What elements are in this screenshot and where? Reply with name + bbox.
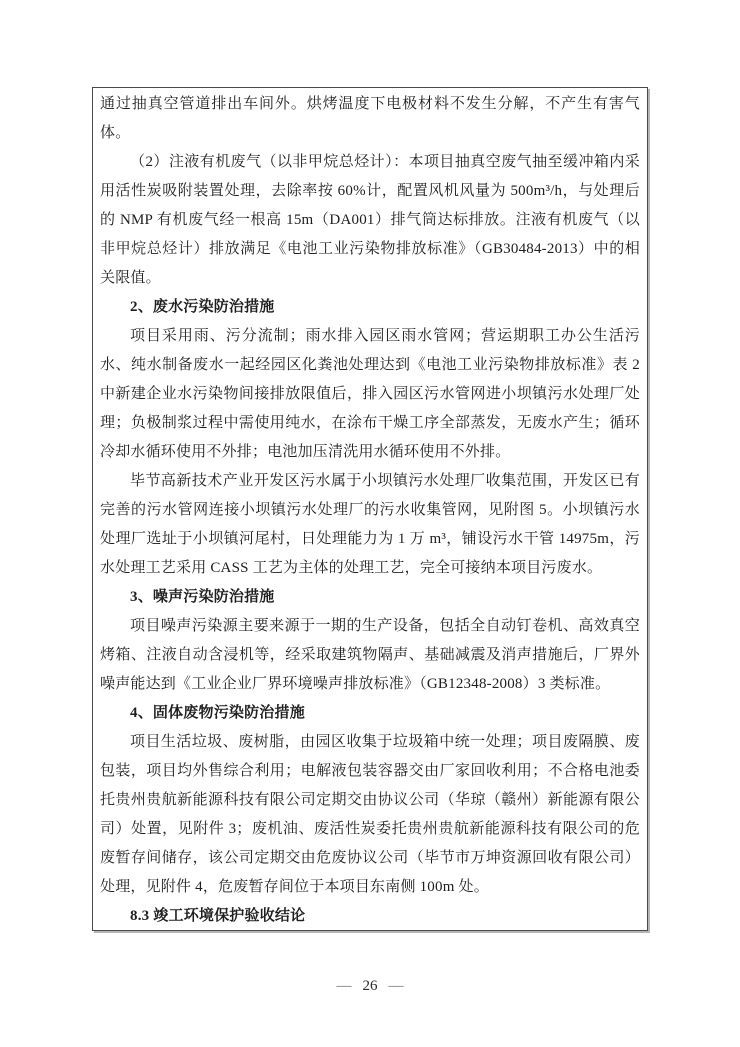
page-footer: —26— — [0, 976, 740, 996]
heading-noise-measures: 3、噪声污染防治措施 — [100, 583, 640, 612]
document-page: 通过抽真空管道排出车间外。烘烤温度下电极材料不发生分解，不产生有害气体。 （2）… — [0, 0, 740, 1047]
body-paragraph: 项目噪声污染源主要来源于一期的生产设备，包括全自动钉卷机、高效真空烤箱、注液自动… — [100, 612, 640, 699]
body-paragraph: 项目生活垃圾、废树脂，由园区收集于垃圾箱中统一处理；项目废隔膜、废包装，项目均外… — [100, 728, 640, 902]
footer-dash-right: — — [389, 978, 404, 994]
heading-solid-waste-measures: 4、固体废物污染防治措施 — [100, 699, 640, 728]
heading-wastewater-measures: 2、废水污染防治措施 — [100, 293, 640, 322]
body-paragraph: 项目采用雨、污分流制；雨水排入园区雨水管网；营运期职工办公生活污水、纯水制备废水… — [100, 322, 640, 467]
body-paragraph: （2）注液有机废气（以非甲烷总烃计）：本项目抽真空废气抽至缓冲箱内采用活性炭吸附… — [100, 148, 640, 293]
heading-acceptance-conclusion: 8.3 竣工环境保护验收结论 — [100, 902, 640, 931]
content-frame: 通过抽真空管道排出车间外。烘烤温度下电极材料不发生分解，不产生有害气体。 （2）… — [92, 87, 648, 931]
page-number: 26 — [363, 978, 378, 994]
body-paragraph: 毕节高新技术产业开发区污水属于小坝镇污水处理厂收集范围，开发区已有完善的污水管网… — [100, 467, 640, 583]
footer-dash-left: — — [337, 978, 352, 994]
body-paragraph: 通过抽真空管道排出车间外。烘烤温度下电极材料不发生分解，不产生有害气体。 — [100, 90, 640, 148]
